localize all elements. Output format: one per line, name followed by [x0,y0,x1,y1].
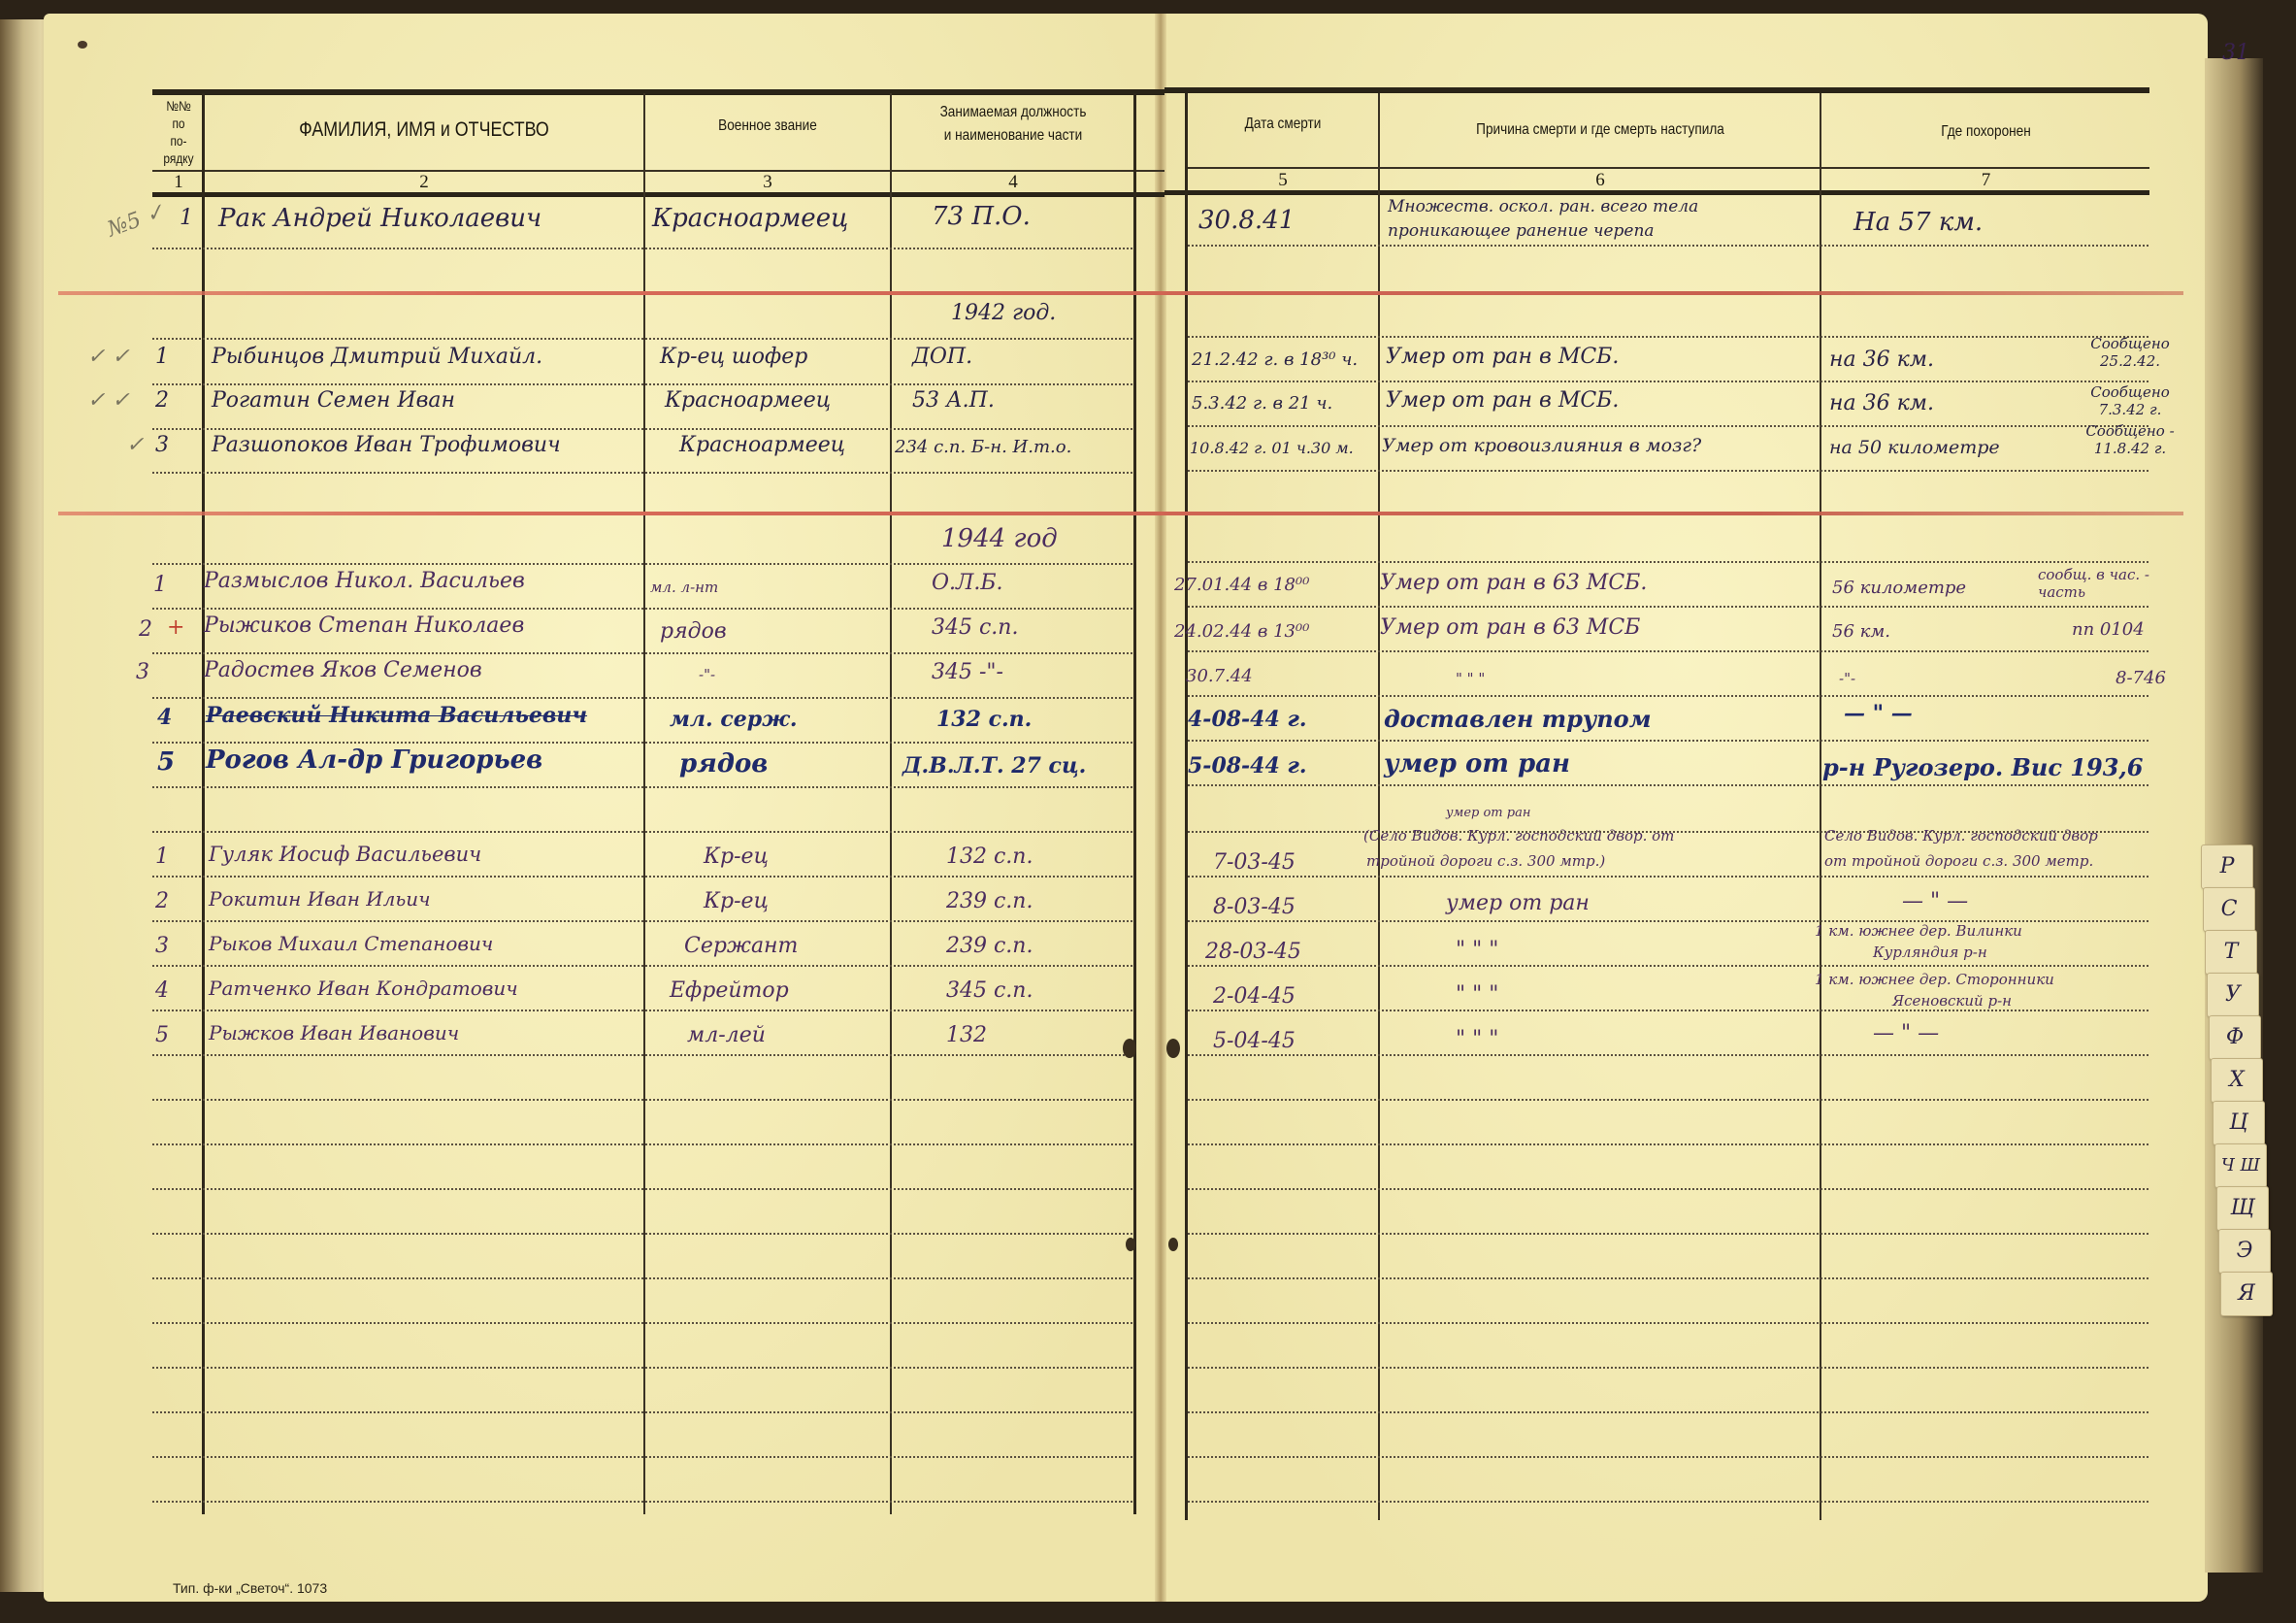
entry-name: Ратченко Иван Кондратович [209,977,518,1000]
entry-unit: ДОП. [912,345,972,369]
header-col-7: Где похоронен [1847,120,2124,144]
ruled-line [1188,876,2148,878]
entry-date: 4-08-44 г. [1188,707,1307,732]
entry-buried: на 36 км. [1829,391,1934,415]
ink-spot [78,41,87,49]
entry-note: Сообщено 25.2.42. [2082,335,2179,370]
entry-rank: мл. серж. [670,707,798,732]
entry-number: 2 [155,889,169,913]
col-number-5: 5 [1188,170,1378,191]
ruled-line [1188,784,2148,786]
header-col-1-line: рядку [159,149,199,167]
entry-rank: рядов [679,749,768,778]
header-col-4: Занимаемая должность и наименование част… [911,101,1116,148]
entry-number: 5 [157,747,175,777]
ruled-line [152,1501,1132,1503]
entry-rank: Кр-ец [704,889,769,913]
index-tab-u[interactable]: У [2207,973,2259,1017]
entry-note: сообщ. в час. - часть [2038,566,2174,601]
entry-number: 4 [157,705,172,730]
entry-cause: Умер от ран в МСБ. [1386,388,1619,413]
col-divider-6 [1820,93,1821,1520]
entry-rank: Красноармеец [665,388,831,413]
entry-date: 21.2.42 г. в 18³⁰ ч. [1192,349,1358,370]
header-col-1-line: №№ [159,97,199,115]
entry-rank: Кр-ец [704,845,769,869]
ruled-line [1188,561,2148,563]
entry-name: Рогатин Семен Иван [212,388,455,413]
binding-hole [1168,1238,1178,1251]
binding-hole [1123,1039,1136,1058]
header-col-2: ФАМИЛИЯ, ИМЯ и ОТЧЕСТВО [239,118,610,142]
entry-name: Разшопоков Иван Трофимович [212,433,561,457]
header-col-1-line: по- [159,132,199,149]
entry-cause: доставлен трупом [1384,705,1652,733]
header-col-4-line: и наименование части [911,124,1116,148]
ruled-line [1188,336,2148,338]
entry-date: 30.8.41 [1198,206,1295,235]
header-col-6: Причина смерти и где смерть наступила [1414,118,1787,142]
entry-date: 10.8.42 г. 01 ч.30 м. [1190,439,1354,457]
col-divider-3 [890,93,892,1514]
ruled-line [152,1143,1132,1145]
entry-buried: — " — [1902,889,1968,913]
section-divider-red [58,291,2183,295]
right-page-edges [2205,58,2263,1573]
ruled-line [1188,381,2148,382]
entry-cause: " " " [1456,938,1498,962]
entry-rank: мл. л-нт [650,579,718,596]
right-page [1160,14,2208,1602]
col-number-4: 4 [893,172,1133,193]
ruled-line [152,1277,1132,1279]
entry-cause: " " " [1456,982,1498,1007]
ruled-line [1188,1367,2148,1369]
ruled-line [1188,1010,2148,1011]
entry-cause: " " " [1456,670,1485,687]
header-top-rule-left [152,89,1164,95]
ruled-line [1188,1099,2148,1101]
entry-number: 1 [180,206,193,230]
index-tab-t[interactable]: Т [2205,930,2257,975]
entry-number: 5 [155,1023,169,1047]
ruled-line [1188,1456,2148,1458]
entry-unit: Д.В.Л.Т. 27 сц. [902,753,1086,778]
section-year: 1942 год. [951,301,1056,325]
entry-rank: Красноармеец [679,433,845,457]
entry-buried-line2: от тройной дороги с.з. 300 метр. [1824,852,2093,870]
entry-unit: 345 с.п. [946,978,1033,1003]
ruled-line [1188,245,2148,247]
entry-date: 7-03-45 [1213,850,1296,875]
left-page [44,14,1164,1602]
ruled-line [152,1456,1132,1458]
entry-cause: умер от ран [1446,891,1590,915]
entry-cause: Умер от ран в МСБ. [1386,345,1619,369]
entry-date: 5-08-44 г. [1188,753,1307,778]
entry-buried-line2: Ясеновский р-н [1892,992,2012,1010]
index-tab-ch-sh[interactable]: Ч Ш [2214,1143,2267,1188]
entry-name: Радостев Яков Семенов [204,658,482,682]
entry-buried: 56 километре [1832,578,1966,598]
entry-number: 1 [155,845,169,869]
entry-number: 1 [155,345,169,369]
margin-cross-red: + [167,615,184,640]
entry-date: 24.02.44 в 13⁰⁰ [1174,621,1309,642]
entry-rank: мл-лей [687,1023,766,1047]
ruled-line [152,428,1132,430]
index-tab-s[interactable]: С [2203,887,2255,932]
entry-buried: 1 км. южнее дер. Вилинки [1815,922,2022,940]
ruled-line [1188,1143,2148,1145]
entry-cause-line2: тройной дороги с.з. 300 мтр.) [1366,852,1605,870]
ruled-line [152,876,1132,878]
ruled-line [152,338,1132,340]
entry-number: 4 [155,978,169,1003]
entry-name: Рогов Ал-др Григорьев [206,745,542,775]
ruled-line [152,652,1132,654]
entry-unit: О.Л.Б. [932,571,1003,595]
ruled-line [1188,650,2148,652]
ruled-line [152,472,1132,474]
col-divider-4 [1133,93,1136,1514]
entry-number: 3 [155,934,169,958]
entry-buried: — " — [1873,1021,1939,1045]
ruled-line [1188,1501,2148,1503]
printer-imprint: Тип. ф-ки „Светоч“. 1073 [173,1580,327,1596]
entry-buried: — " — [1844,701,1913,726]
ruled-line [1188,1054,2148,1056]
col-number-7: 7 [1822,170,2149,191]
entry-unit: 132 с.п. [946,845,1033,869]
ruled-line [152,1367,1132,1369]
section-divider-red [58,512,2183,515]
section-year: 1944 год [941,524,1058,553]
header-top-rule-right [1164,87,2149,93]
ruled-line [152,920,1132,922]
ruled-line [152,608,1132,610]
entry-unit: 345 -"- [932,660,1003,684]
entry-unit: 239 с.п. [946,889,1033,913]
ruled-line [152,1054,1132,1056]
index-tab-ts[interactable]: Ц [2213,1101,2265,1145]
entry-rank: Кр-ец шофер [660,345,807,369]
entry-cause: " " " [1456,1027,1498,1051]
ruled-line [152,965,1132,967]
entry-number: 2 [139,617,152,642]
entry-note: Сообщено 7.3.42 г. [2082,383,2179,418]
entry-cause: Умер от ран в 63 МСБ [1380,615,1640,640]
entry-name: Рокитин Иван Ильич [209,887,431,911]
header-col-4-line: Занимаемая должность [911,101,1116,124]
ruled-line [152,742,1132,744]
entry-unit: 345 с.п. [932,615,1018,640]
ruled-line [152,1322,1132,1324]
entry-number: 2 [155,388,169,413]
ruled-line [1188,606,2148,608]
entry-number: 3 [136,660,149,684]
entry-unit: 239 с.п. [946,934,1033,958]
ruled-line [152,1233,1132,1235]
index-tab-e[interactable]: Э [2218,1229,2271,1274]
entry-date: 5-04-45 [1213,1029,1296,1053]
entry-buried: 56 км. [1832,621,1890,642]
ruled-line [1188,470,2148,472]
col-number-1: 1 [155,172,202,193]
entry-name: Рак Андрей Николаевич [218,204,541,233]
entry-rank: Ефрейтор [670,978,789,1003]
header-col-1: №№ по по- рядку [159,97,199,167]
entry-name: Гуляк Иосиф Васильевич [209,843,481,866]
index-tab-shch[interactable]: Щ [2216,1186,2269,1231]
entry-buried: на 50 километре [1829,437,2000,458]
entry-buried: -"- [1839,670,1855,687]
col-divider-5-left [1185,93,1188,1520]
ruled-line [152,563,1132,565]
ruled-line [1188,425,2148,427]
ruled-line [1188,1411,2148,1413]
ruled-line [152,1010,1132,1011]
ruled-line [1188,965,2148,967]
book-spine [1155,14,1166,1602]
ruled-line [1188,695,2148,697]
entry-date: 28-03-45 [1205,940,1301,964]
entry-rank: рядов [660,619,727,644]
entry-buried-line2: Курляндия р-н [1873,944,1987,961]
entry-rank: Красноармеец [652,204,848,233]
entry-cause-line2: проникающее ранение черепа [1388,221,1655,241]
entry-name: Рыков Михаил Степанович [209,932,493,955]
ruled-line [152,383,1132,385]
ruled-line [152,1099,1132,1101]
entry-buried: На 57 км. [1853,208,1983,237]
ruled-line [152,786,1132,788]
entry-unit: 132 с.п. [936,707,1032,732]
col-number-6: 6 [1381,170,1820,191]
entry-name: Рыжков Иван Иванович [209,1021,459,1044]
entry-unit: 53 А.П. [912,388,995,413]
header-mid-rule-right [1186,167,2149,169]
margin-annotation: ✓ ✓ [87,345,130,369]
entry-unit: 132 [946,1023,987,1047]
index-tab-f[interactable]: Ф [2209,1015,2261,1060]
entry-name: Раевский Никита Васильевич [206,703,587,728]
entry-date: 27.01.44 в 18⁰⁰ [1174,575,1309,595]
page-number: 31 [2222,41,2249,65]
col-number-2: 2 [206,172,642,193]
entry-name: Рыбинцов Дмитрий Михайл. [212,345,542,369]
entry-cause: Умер от кровоизлияния в мозг? [1382,435,1701,456]
index-tab-r[interactable]: Р [2201,845,2253,889]
ruled-line [1188,1322,2148,1324]
entry-date: 30.7.44 [1186,666,1253,686]
col-divider-1 [202,93,205,1514]
entry-name: Размыслов Никол. Васильев [204,569,525,593]
ruled-line [1188,1233,2148,1235]
entry-cause: (Село Видов. Курл. господский двор. от [1363,827,1674,845]
col-divider-5 [1378,93,1380,1520]
margin-annotation: ✓ ✓ [87,388,130,413]
entry-cause: Множеств. оскол. ран. всего тела [1388,197,1698,216]
entry-number: 3 [155,433,169,457]
entry-buried: Село Видов. Курл. господский двор [1824,827,2098,845]
entry-buried: р-н Ругозеро. Вис 193,6 [1822,753,2143,781]
entry-name: Рыжиков Степан Николаев [204,613,524,638]
binding-hole [1166,1039,1180,1058]
entry-buried: на 36 км. [1829,348,1934,372]
entry-date: 5.3.42 г. в 21 ч. [1192,393,1332,414]
ruled-line [152,831,1132,833]
entry-rank: Сержант [684,934,798,958]
ruled-line [152,1411,1132,1413]
entry-unit: 73 П.О. [932,202,1031,231]
entry-cause: умер от ран [1384,749,1570,778]
entry-number: 1 [153,573,167,597]
entry-cause-above: умер от ран [1446,806,1530,820]
ruled-line [152,248,1132,249]
ruled-line [1188,1188,2148,1190]
margin-annotation: ✓ [126,433,144,457]
col-divider-2 [643,93,645,1514]
binding-hole [1126,1238,1135,1251]
entry-note: пп 0104 [2072,619,2145,640]
ruled-line [152,1188,1132,1190]
index-tab-kh[interactable]: Х [2211,1058,2263,1103]
entry-rank: -"- [699,666,715,683]
entry-unit: 234 с.п. Б-н. И.т.о. [895,437,1071,457]
header-col-3: Военное звание [665,115,871,138]
index-tab-ya[interactable]: Я [2220,1272,2273,1316]
header-col-5: Дата смерти [1202,113,1364,136]
ruled-line [1188,1277,2148,1279]
entry-buried: 1 км. южнее дер. Сторонники [1815,971,2054,988]
entry-cause: Умер от ран в 63 МСБ. [1380,571,1647,595]
entry-date: 8-03-45 [1213,895,1296,919]
ledger-book: 31 №№ по по- рядку ФАМИЛИЯ, ИМЯ и ОТЧЕСТ… [0,0,2296,1623]
col-number-3: 3 [646,172,889,193]
ruled-line [1188,740,2148,742]
header-col-1-line: по [159,115,199,132]
ruled-line [152,697,1132,699]
entry-date: 2-04-45 [1213,984,1296,1009]
entry-note: Сообщено - 11.8.42 г. [2077,422,2183,457]
entry-note: 8-746 [2116,668,2166,688]
